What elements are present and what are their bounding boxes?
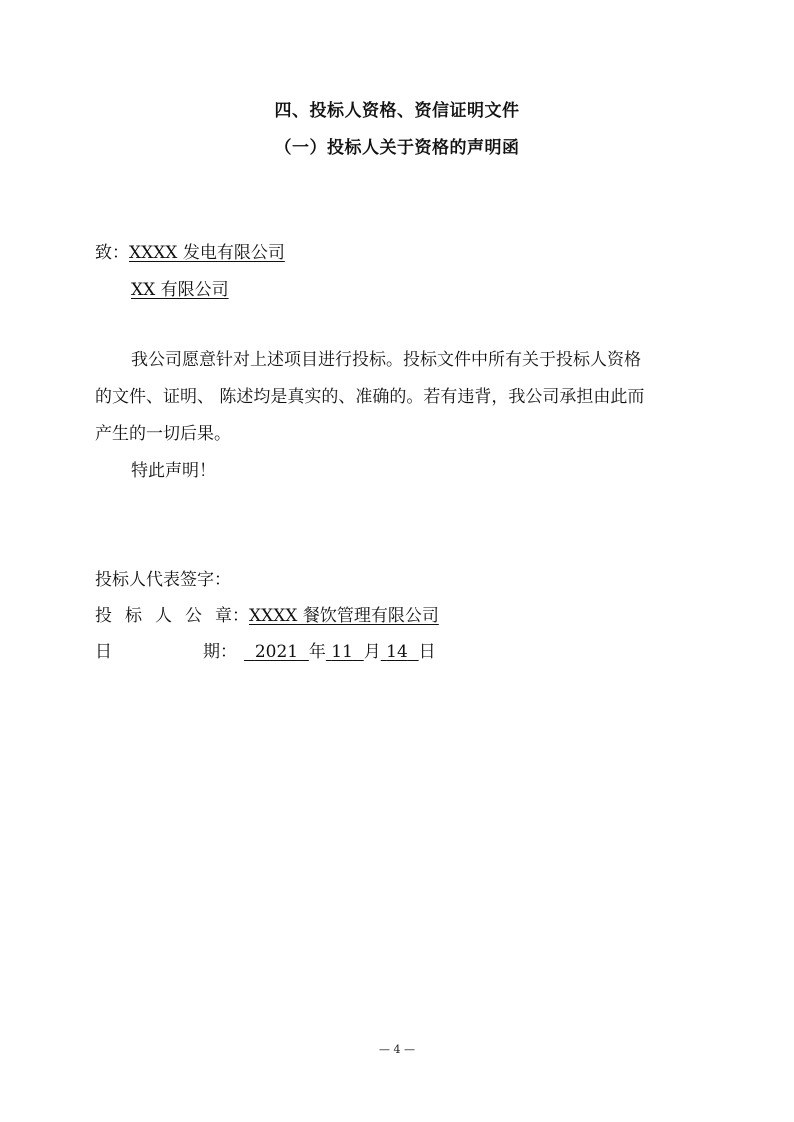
seal-label-char: 公 (185, 606, 215, 626)
seal-value: XXXX 餐饮管理有限公司 (249, 606, 439, 626)
seal-label-char: 人 (155, 606, 185, 626)
recipient-line-2: XX 有限公司 (131, 280, 229, 300)
recipient-2: XX 有限公司 (131, 280, 229, 300)
date-year: 2021 (244, 642, 309, 662)
date-month: 11 (326, 642, 364, 662)
signature-label: 投标人代表签字： (95, 570, 231, 590)
seal-label-char: 标 (125, 606, 155, 626)
closing-statement: 特此声明！ (131, 461, 216, 481)
date-line: 日期： 2021 年 11 月 14 日 (95, 642, 436, 662)
seal-line: 投标人公章：XXXX 餐饮管理有限公司 (95, 606, 439, 626)
recipient-prefix: 致： (95, 243, 129, 263)
page-number: — 4 — (0, 1043, 794, 1056)
seal-label-char: 投 (95, 606, 125, 626)
body-line-2: 的文件、证明、 陈述均是真实的、准确的。若有违背，我公司承担由此而 (95, 387, 644, 407)
date-label-end: 期： (203, 642, 244, 662)
section-title: 四、投标人资格、资信证明文件 (0, 96, 794, 121)
seal-label-char: 章： (215, 606, 249, 626)
recipient-1: XXXX 发电有限公司 (129, 243, 285, 263)
body-line-3: 产生的一切后果。 (95, 424, 231, 444)
date-day-unit: 日 (419, 642, 436, 662)
subsection-title: （一）投标人关于资格的声明函 (0, 133, 794, 158)
date-month-unit: 月 (364, 642, 381, 662)
date-label-start: 日 (95, 642, 203, 662)
date-day: 14 (381, 642, 419, 662)
body-line-1: 我公司愿意针对上述项目进行投标。投标文件中所有关于投标人资格 (131, 350, 641, 370)
date-year-unit: 年 (309, 642, 326, 662)
recipient-line-1: 致：XXXX 发电有限公司 (95, 243, 285, 263)
